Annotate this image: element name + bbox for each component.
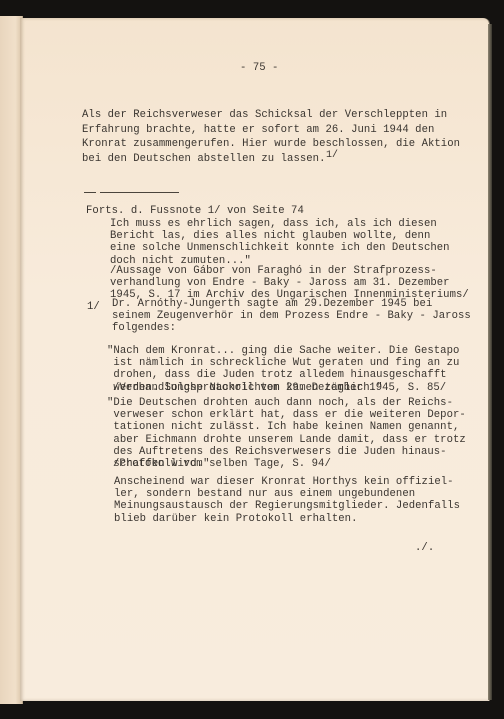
text-line: verhandlung von Endre - Baky - Jaross am… [110,277,469,289]
body-paragraph: Als der Reichsverweser das Schicksal der… [82,108,460,166]
text-line: bei den Deutschen abstellen zu lassen. [82,152,460,167]
text-line: "Nach dem Kronrat... ging die Sache weit… [107,345,459,357]
text-line: folgendes: [112,322,471,334]
footnote-heading: Forts. d. Fussnote 1/ von Seite 74 [86,204,304,219]
text-line: Ich muss es ehrlich sagen, dass ich, als… [110,218,450,230]
continuation-mark: ./. [415,541,434,556]
text-line: ler, sondern bestand nur aus einem ungeb… [114,488,460,500]
text-line: blieb darüber kein Protokoll erhalten. [114,513,460,525]
text-line: "Die Deutschen drohten auch dann noch, a… [107,397,466,409]
footnote-marker: 1/ [87,300,100,315]
text-line: Meinungsaustausch der Regierungsmitglied… [114,500,460,512]
page-stack-edge [488,24,492,700]
text-line: seinem Zeugenverhör in dem Prozess Endre… [112,310,471,322]
footnote-conclusion: Anscheinend war dieser Kronrat Horthys k… [114,476,460,525]
page-number: - 75 - [240,61,278,76]
text-line: Dr. Arnóthy-Jungerth sagte am 29.Dezembe… [112,298,471,310]
text-line: /Aussage von Gábor von Faraghó in der St… [110,265,469,277]
footnote-intro: Dr. Arnóthy-Jungerth sagte am 29.Dezembe… [112,298,471,335]
text-line: verweser schon erklärt hat, dass er die … [107,409,466,421]
text-line: aber Eichmann drohte unserem Lande damit… [107,434,466,446]
footnote-reference: 1/ [326,150,338,161]
text-line: Bericht las, dies alles nicht glauben wo… [110,230,450,242]
text-line: eine solche Unmenschlichkeit konnte ich … [110,242,450,254]
footnote-source-2: /Verhandlungsprotokoll vom 29. Dezember … [113,381,446,396]
text-line: Erfahrung brachte, hatte er sofort am 26… [82,123,460,138]
text-line: drohen, dass die Juden trotz alledem hin… [107,369,459,381]
footnote-quote-1: Ich muss es ehrlich sagen, dass ich, als… [110,218,450,267]
text-line: tationen nicht zulässt. Ich habe keinen … [107,421,466,433]
text-line: Anscheinend war dieser Kronrat Horthys k… [114,476,460,488]
text-line: Kronrat zusammengerufen. Hier wurde besc… [82,137,460,152]
footnote-source-1: /Aussage von Gábor von Faraghó in der St… [110,265,469,302]
text-line: ist nämlich in schreckliche Wut geraten … [107,357,459,369]
footnote-divider-gap [96,191,100,194]
text-line: Als der Reichsverweser das Schicksal der… [82,108,460,123]
footnote-source-3: /Protokoll vom selben Tage, S. 94/ [113,457,331,472]
